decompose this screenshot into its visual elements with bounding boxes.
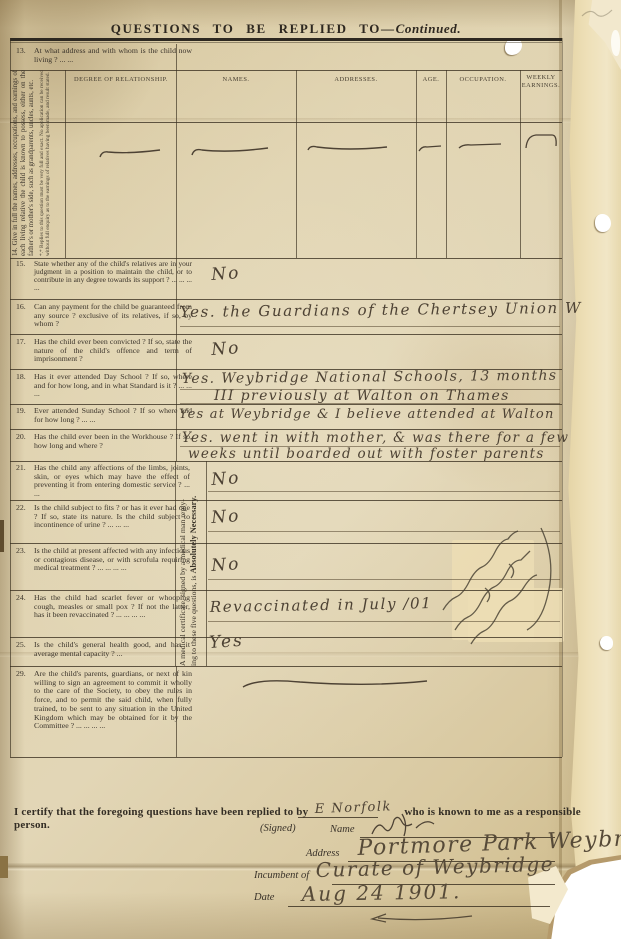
table-header-addresses: ADDRESSES.	[298, 76, 414, 84]
date-handwritten: Aug 24 1901.	[302, 879, 462, 906]
question-18: 18.Has it ever attended Day School ? If …	[14, 373, 192, 399]
column-line	[296, 70, 297, 258]
question-16: 16.Can any payment for the child be guar…	[14, 303, 192, 329]
table-header-names: NAMES.	[178, 76, 294, 84]
medical-note-line2: ing to these five questions, is	[189, 574, 198, 666]
answer-line	[180, 326, 560, 327]
handwritten-dash	[417, 142, 443, 154]
certification-name-underline	[298, 817, 378, 818]
row-line	[10, 70, 562, 71]
paper-hole	[595, 214, 611, 232]
handwritten-dash	[305, 142, 389, 156]
question-24-text: Has the child had scarlet fever or whoop…	[34, 593, 190, 619]
table-header-earnings: EARNINGS.	[522, 82, 560, 89]
answer-18-line1: Yes. Weybridge National Schools, 13 mont…	[182, 368, 558, 387]
row-line	[10, 404, 562, 405]
date-fill-line	[288, 906, 550, 907]
medical-note-line1: A medical certificate, signed by a medic…	[178, 499, 187, 666]
question-20-number: 20.	[16, 433, 26, 442]
question-22-text: Is the child subject to fits ? or has it…	[34, 503, 190, 529]
incumbent-label: Incumbent of	[254, 870, 309, 881]
question-17: 17.Has the child ever been convicted ? I…	[14, 338, 192, 364]
table-header-age: AGE.	[414, 76, 448, 84]
question-29: 29.Are the child's parents, guardians, o…	[14, 670, 192, 731]
question-13-number: 13.	[16, 47, 26, 56]
table-header-occupation: OCCUPATION.	[448, 76, 518, 84]
column-line	[520, 70, 521, 258]
question-29-number: 29.	[16, 670, 26, 679]
answer-20-line1: Yes. went in with mother, & was there fo…	[182, 430, 569, 446]
question-14-text: 14. Give in full the names, addresses, o…	[12, 70, 37, 256]
question-22-number: 22.	[16, 504, 26, 513]
question-21: 21.Has the child any affections of the l…	[14, 464, 190, 499]
form-title-continued: Continued.	[396, 21, 462, 36]
scanned-form-page: QUESTIONS TO BE REPLIED TO—Continued. 13…	[0, 0, 621, 939]
title-rule	[10, 38, 562, 41]
table-header-degree-of-relationship: DEGREE OF RELATIONSHIP.	[67, 76, 175, 84]
question-14-note: *.* Replies to this question must be ver…	[39, 70, 51, 256]
question-15-text: State whether any of the child's relativ…	[34, 259, 192, 292]
table-header-weekly-earnings: WEEKLY EARNINGS.	[520, 74, 562, 89]
column-line	[416, 70, 417, 258]
medical-note-vertical: A medical certificate, signed by a medic…	[177, 461, 206, 666]
row-line	[10, 122, 562, 123]
title-rule-thin	[10, 42, 562, 43]
name-label: Name	[330, 824, 355, 835]
handwritten-dash	[190, 144, 270, 158]
answer-21: No	[211, 468, 241, 490]
answer-20-line2: weeks until boarded out with foster pare…	[188, 446, 545, 462]
question-29-text: Are the child's parents, guardians, or n…	[34, 669, 192, 730]
paper-hole	[600, 636, 613, 650]
handwritten-dash	[457, 140, 503, 152]
edge-nick	[0, 856, 8, 878]
question-23-text: Is the child at present affected with an…	[34, 546, 190, 572]
question-25-number: 25.	[16, 641, 26, 650]
question-17-number: 17.	[16, 338, 26, 347]
question-16-number: 16.	[16, 303, 26, 312]
form-title: QUESTIONS TO BE REPLIED TO—Continued.	[10, 21, 562, 37]
question-17-text: Has the child ever been convicted ? If s…	[34, 337, 192, 363]
question-19-number: 19.	[16, 407, 26, 416]
question-13: 13. At what address and with whom is the…	[14, 47, 192, 64]
date-label: Date	[254, 892, 274, 903]
torn-edge-strip	[565, 0, 621, 939]
medical-note-bold: Absolutely Necessary.	[189, 496, 198, 574]
question-23-number: 23.	[16, 547, 26, 556]
date-flourish	[364, 912, 474, 924]
paper-hole	[611, 30, 620, 56]
signed-label: (Signed)	[260, 823, 296, 834]
handwritten-dash	[522, 130, 560, 152]
question-24: 24.Has the child had scarlet fever or wh…	[14, 594, 190, 620]
answer-19: Yes at Weybridge & I believe attended at…	[179, 407, 555, 422]
question-21-text: Has the child any affections of the limb…	[34, 463, 190, 498]
question-23: 23.Is the child at present affected with…	[14, 547, 190, 573]
question-15-number: 15.	[16, 260, 25, 268]
row-line	[10, 334, 562, 335]
diagonal-scrawl	[425, 492, 565, 652]
question-20-text: Has the child ever been in the Workhouse…	[34, 432, 192, 450]
answer-22: No	[211, 506, 241, 528]
question-20: 20.Has the child ever been in the Workho…	[14, 433, 192, 450]
form-left-border	[10, 38, 11, 757]
question-18-number: 18.	[16, 373, 26, 382]
pencil-mark	[580, 4, 616, 22]
answer-29-dash	[240, 676, 430, 692]
answer-25: Yes	[209, 631, 245, 653]
form-title-main: QUESTIONS TO BE REPLIED TO—	[111, 21, 396, 36]
question-25: 25.Is the child's general health good, a…	[14, 641, 190, 658]
column-line	[446, 70, 447, 258]
answer-17: No	[211, 338, 241, 360]
question-15: 15.State whether any of the child's rela…	[14, 260, 192, 292]
column-line	[176, 70, 177, 258]
question-19: 19.Ever attended Sunday School ? If so w…	[14, 407, 192, 424]
question-22: 22.Is the child subject to fits ? or has…	[14, 504, 190, 530]
form-bottom-line	[10, 757, 562, 758]
medical-strip-right-line	[206, 461, 207, 666]
column-line	[65, 70, 66, 258]
table-header-weekly: WEEKLY	[526, 74, 555, 81]
answer-18-line2: III previously at Walton on Thames	[214, 388, 510, 404]
answer-15: No	[211, 263, 241, 285]
edge-nick	[0, 520, 4, 552]
handwritten-dash	[98, 146, 162, 160]
question-13-text: At what address and with whom is the chi…	[34, 46, 192, 64]
question-14-vertical: 14. Give in full the names, addresses, o…	[12, 70, 64, 258]
question-25-text: Is the child's general health good, and …	[34, 640, 190, 658]
question-21-number: 21.	[16, 464, 26, 473]
question-19-text: Ever attended Sunday School ? If so wher…	[34, 406, 192, 424]
question-16-text: Can any payment for the child be guarant…	[34, 302, 192, 328]
question-18-text: Has it ever attended Day School ? If so,…	[34, 372, 192, 398]
certification-prefix: I certify that the foregoing questions h…	[14, 806, 308, 818]
row-line	[10, 666, 562, 667]
answer-23: No	[211, 554, 241, 576]
question-24-number: 24.	[16, 594, 26, 603]
